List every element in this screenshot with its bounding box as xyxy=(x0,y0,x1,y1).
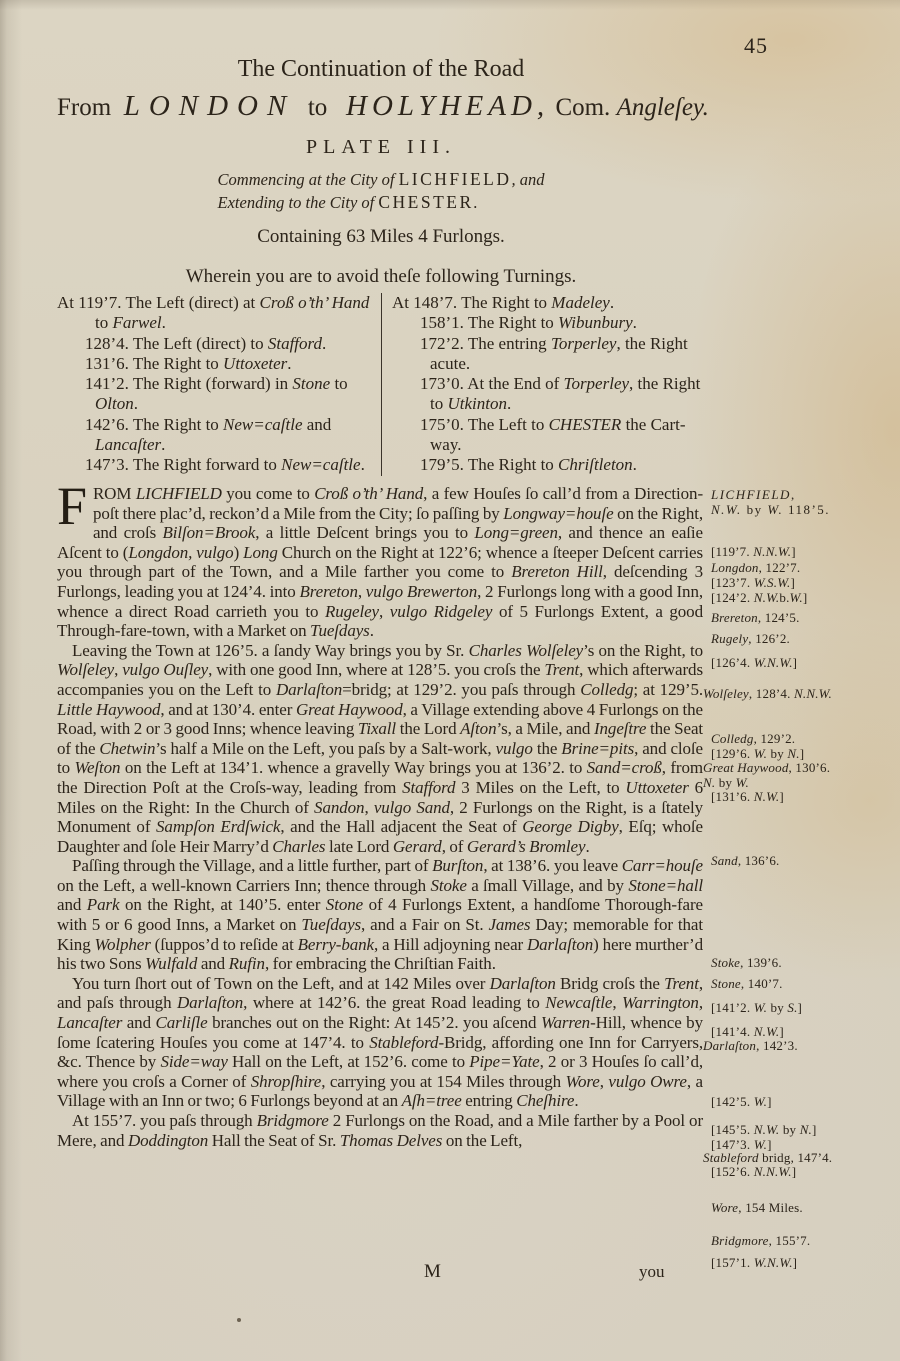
subtitle-block: Commencing at the City of LICHFIELD, and… xyxy=(57,168,705,214)
margin-note: [126’4. W.N.W.] xyxy=(703,656,900,671)
margin-note: [157’1. W.N.W.] xyxy=(703,1256,900,1271)
subtitle-commencing: Commencing at the City of LICHFIELD, and xyxy=(218,170,545,189)
margin-note: Brereton, 124’5. xyxy=(703,611,900,626)
margin-note: Wore, 154 Miles. xyxy=(703,1201,900,1216)
margin-note: [141’2. W. by S.] xyxy=(703,1001,900,1016)
plate-line: PLATE III. xyxy=(57,136,705,159)
paragraph: FROM LICHFIELD you come to Croß o’th’ Ha… xyxy=(57,484,703,641)
margin-note: Longdon, 122’7. xyxy=(703,561,900,576)
turning-item: At 119’7. The Left (direct) at Croß o’th… xyxy=(57,293,373,334)
margin-note: [123’7. W.S.W.] xyxy=(703,576,900,591)
paragraph: At 155’7. you paſs through Bridgmore 2 F… xyxy=(57,1111,703,1150)
book-page: 45 The Continuation of the Road From LON… xyxy=(0,0,900,1361)
turning-item: 173’0. At the End of Torperley, the Righ… xyxy=(392,374,705,415)
margin-note: Wolſeley, 128’4. N.N.W. xyxy=(703,687,895,702)
turnings-column-left: At 119’7. The Left (direct) at Croß o’th… xyxy=(57,293,381,476)
containing-line: Containing 63 Miles 4 Furlongs. xyxy=(57,226,705,248)
margin-note: [119’7. N.N.W.] xyxy=(703,545,900,560)
margin-note: Rugely, 126’2. xyxy=(703,632,900,647)
chester-caps: CHESTER xyxy=(378,192,473,212)
paragraph: Leaving the Town at 126’5. a ſandy Way b… xyxy=(57,641,703,857)
title-route-line: From LONDON to HOLYHEAD, Com. Angleſey. xyxy=(57,90,705,123)
margin-note: Colledg, 129’2. xyxy=(703,732,900,747)
turning-item: 158’1. The Right to Wibunbury. xyxy=(392,313,705,333)
ink-speck xyxy=(237,1318,241,1322)
catchword: you xyxy=(639,1262,665,1282)
margin-note: [145’5. N.W. by N.] xyxy=(703,1123,900,1138)
margin-note: [124’2. N.W.b.W.] xyxy=(703,591,900,606)
turning-item: 147’3. The Right forward to New=caſtle. xyxy=(57,455,373,475)
turnings-table: At 119’7. The Left (direct) at Croß o’th… xyxy=(57,293,705,476)
title-county: Angleſey. xyxy=(617,94,709,121)
paragraph: Paſſing through the Village, and a littl… xyxy=(57,856,703,974)
title-london: LONDON xyxy=(124,90,296,122)
turning-item: 172’2. The entring Torperley, the Right … xyxy=(392,334,705,375)
margin-note: [131’6. N.W.] xyxy=(703,790,900,805)
turning-item: 128’4. The Left (direct) to Stafford. xyxy=(57,334,373,354)
margin-note: Sand, 136’6. xyxy=(703,854,900,869)
lichfield-caps: LICHFIELD xyxy=(399,169,512,189)
signature-mark: M xyxy=(424,1261,441,1283)
drop-cap: F xyxy=(57,484,93,527)
body-text: FROM LICHFIELD you come to Croß o’th’ Ha… xyxy=(57,484,703,1150)
margin-note: [152’6. N.N.W.] xyxy=(703,1165,900,1180)
margin-note: Darlaſton, 142’3. xyxy=(703,1039,895,1054)
title-com-word: Com. xyxy=(555,94,610,121)
margin-note: Great Haywood, 130’6.N. by W. xyxy=(703,761,895,790)
turnings-column-right: At 148’7. The Right to Madeley. 158’1. T… xyxy=(381,293,705,476)
margin-note: Stoke, 139’6. xyxy=(703,956,900,971)
title-continuation: The Continuation of the Road xyxy=(57,56,705,83)
title-to-word: to xyxy=(308,94,327,121)
margin-note: Stone, 140’7. xyxy=(703,977,900,992)
turning-item: At 148’7. The Right to Madeley. xyxy=(392,293,705,313)
page-number: 45 xyxy=(744,33,768,59)
turnings-heading: Wherein you are to avoid theſe following… xyxy=(57,266,705,288)
margin-note: [142’5. W.] xyxy=(703,1095,900,1110)
turning-item: 179’5. The Right to Chriſtleton. xyxy=(392,455,705,475)
turning-item: 131’6. The Right to Uttoxeter. xyxy=(57,354,373,374)
turning-item: 141’2. The Right (forward) in Stone to O… xyxy=(57,374,373,415)
paragraph: You turn ſhort out of Town on the Left, … xyxy=(57,974,703,1111)
margin-note: Bridgmore, 155’7. xyxy=(703,1234,900,1249)
turning-item: 142’6. The Right to New=caſtle and Lanca… xyxy=(57,415,373,456)
turning-item: 175’0. The Left to CHESTER the Cart-way. xyxy=(392,415,705,456)
title-holyhead: HOLYHEAD, xyxy=(346,90,549,122)
title-from-word: From xyxy=(57,94,111,121)
subtitle-extending: Extending to the City of CHESTER. xyxy=(218,193,478,212)
margin-note: LICHFIELD,N.W. by W. 118’5. xyxy=(703,488,900,517)
